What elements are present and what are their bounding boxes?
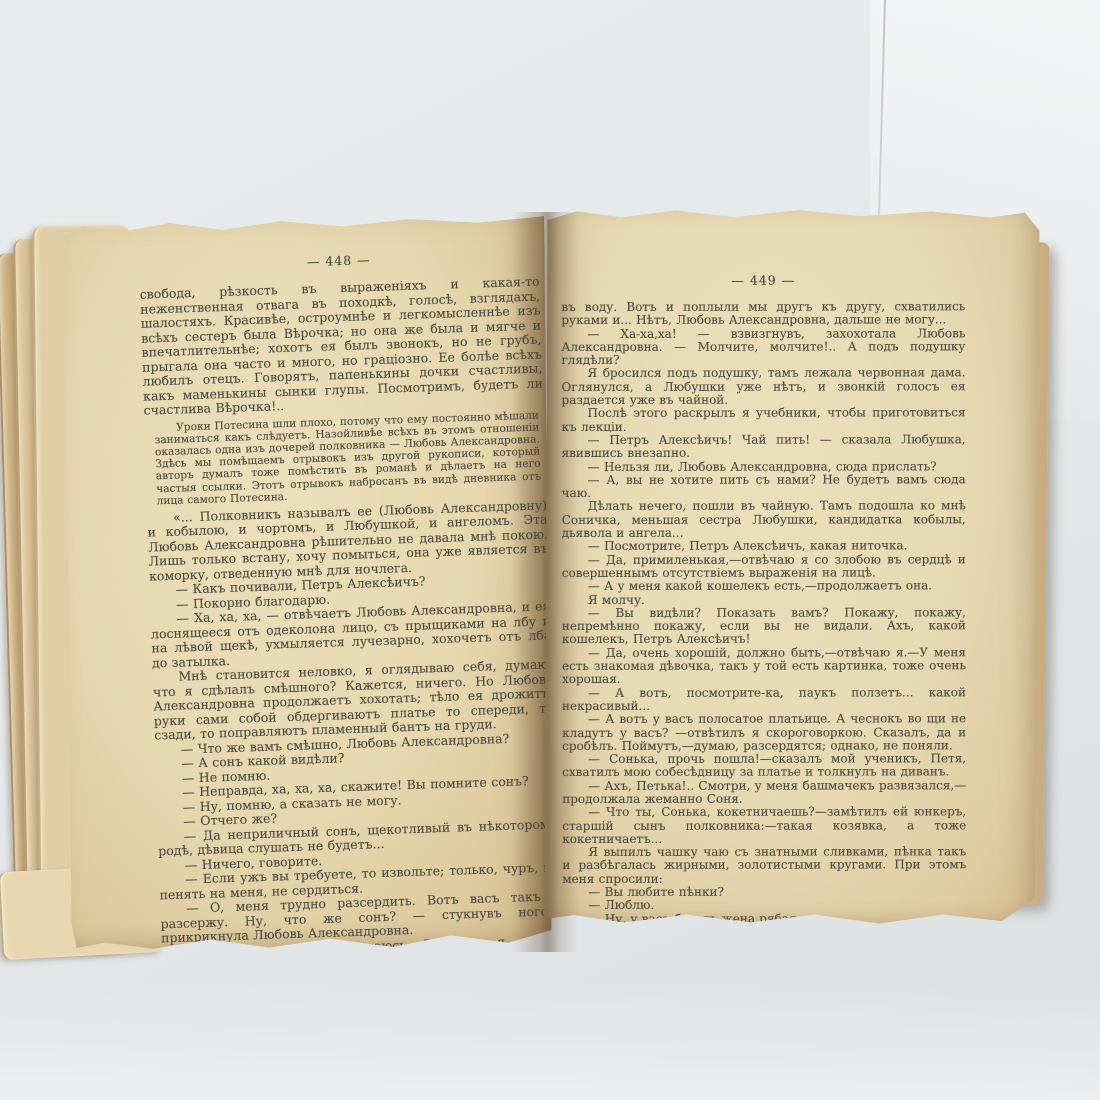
backdrop-crease-line (878, 0, 886, 224)
left-page: — 448 — свобода, рѣзкость въ выраженіяхъ… (64, 216, 552, 953)
text-paragraph: — Вы видѣли? Показать вамъ? Покажу, пока… (562, 606, 966, 647)
left-page-body: свобода, рѣзкость въ выраженіяхъ и какая… (140, 274, 552, 952)
left-page-number: — 448 — (139, 246, 539, 274)
right-page-number: — 449 — (561, 272, 965, 288)
text-paragraph: Я выпилъ чашку чаю съ знатными сливками,… (562, 845, 966, 886)
right-page-body: въ воду. Вотъ и поплыли мы другъ къ друг… (561, 300, 966, 927)
book-photo: — 448 — свобода, рѣзкость въ выраженіяхъ… (0, 0, 1100, 1100)
text-paragraph: — Петръ Алексѣичъ! Чай пить! — сказала Л… (562, 433, 966, 460)
text-paragraph: — Да, очень хорошій, должно быть,—отвѣча… (562, 646, 966, 687)
right-page: — 449 — въ воду. Вотъ и поплыли мы другъ… (544, 207, 1039, 927)
text-paragraph: — Ахъ, Петька!.. Смотри, у меня башмачек… (562, 779, 966, 806)
text-paragraph: — Ха-ха,ха! — взвизгнувъ, захохотала Люб… (561, 327, 965, 368)
text-paragraph: — А вотъ у васъ полосатое платьице. А че… (562, 712, 966, 753)
text-paragraph: «... Полковникъ называлъ ее (Любовь Алек… (147, 498, 549, 584)
text-paragraph: Послѣ этого раскрылъ я учебники, чтобы п… (562, 407, 966, 434)
right-page-text-column: — 449 — въ воду. Вотъ и поплыли мы другъ… (561, 272, 966, 927)
backdrop-bottom-light (0, 980, 1100, 1100)
text-paragraph: — Что ты, Сонька, кокетничаешь?—замѣтилъ… (562, 806, 966, 847)
text-paragraph: — А вотъ, посмотрите-ка, паукъ ползетъ..… (562, 686, 966, 713)
text-paragraph: — Сонька, прочь пошла!—сказалъ мой учени… (562, 752, 966, 779)
text-paragraph: свобода, рѣзкость въ выраженіяхъ и какая… (140, 274, 544, 418)
text-paragraph: Дѣлать нечего, пошли въ чайную. Тамъ под… (562, 500, 966, 541)
text-paragraph: — Люблю. (562, 899, 966, 913)
text-paragraph: — А у меня какой кошелекъ есть,—продолжа… (562, 580, 966, 594)
text-paragraph: Я бросился подъ подушку, тамъ лежала чер… (561, 367, 965, 408)
text-paragraph: — Ну, у васъ будетъ жена рябая. (562, 912, 966, 926)
text-paragraph: Уроки Потесина шли плохо, потому что ему… (154, 409, 542, 507)
left-page-text-column: — 448 — свобода, рѣзкость въ выраженіяхъ… (139, 246, 552, 952)
text-paragraph: Я выпилъ, опрокинулъ чашку и положилъ ку… (562, 925, 966, 927)
text-paragraph: — Да, примиленькая,—отвѣчаю я со злобою … (562, 553, 966, 580)
text-paragraph: — А, вы не хотите пить съ нами? Не будет… (562, 473, 966, 500)
text-paragraph: въ воду. Вотъ и поплыли мы другъ къ друг… (561, 300, 965, 327)
